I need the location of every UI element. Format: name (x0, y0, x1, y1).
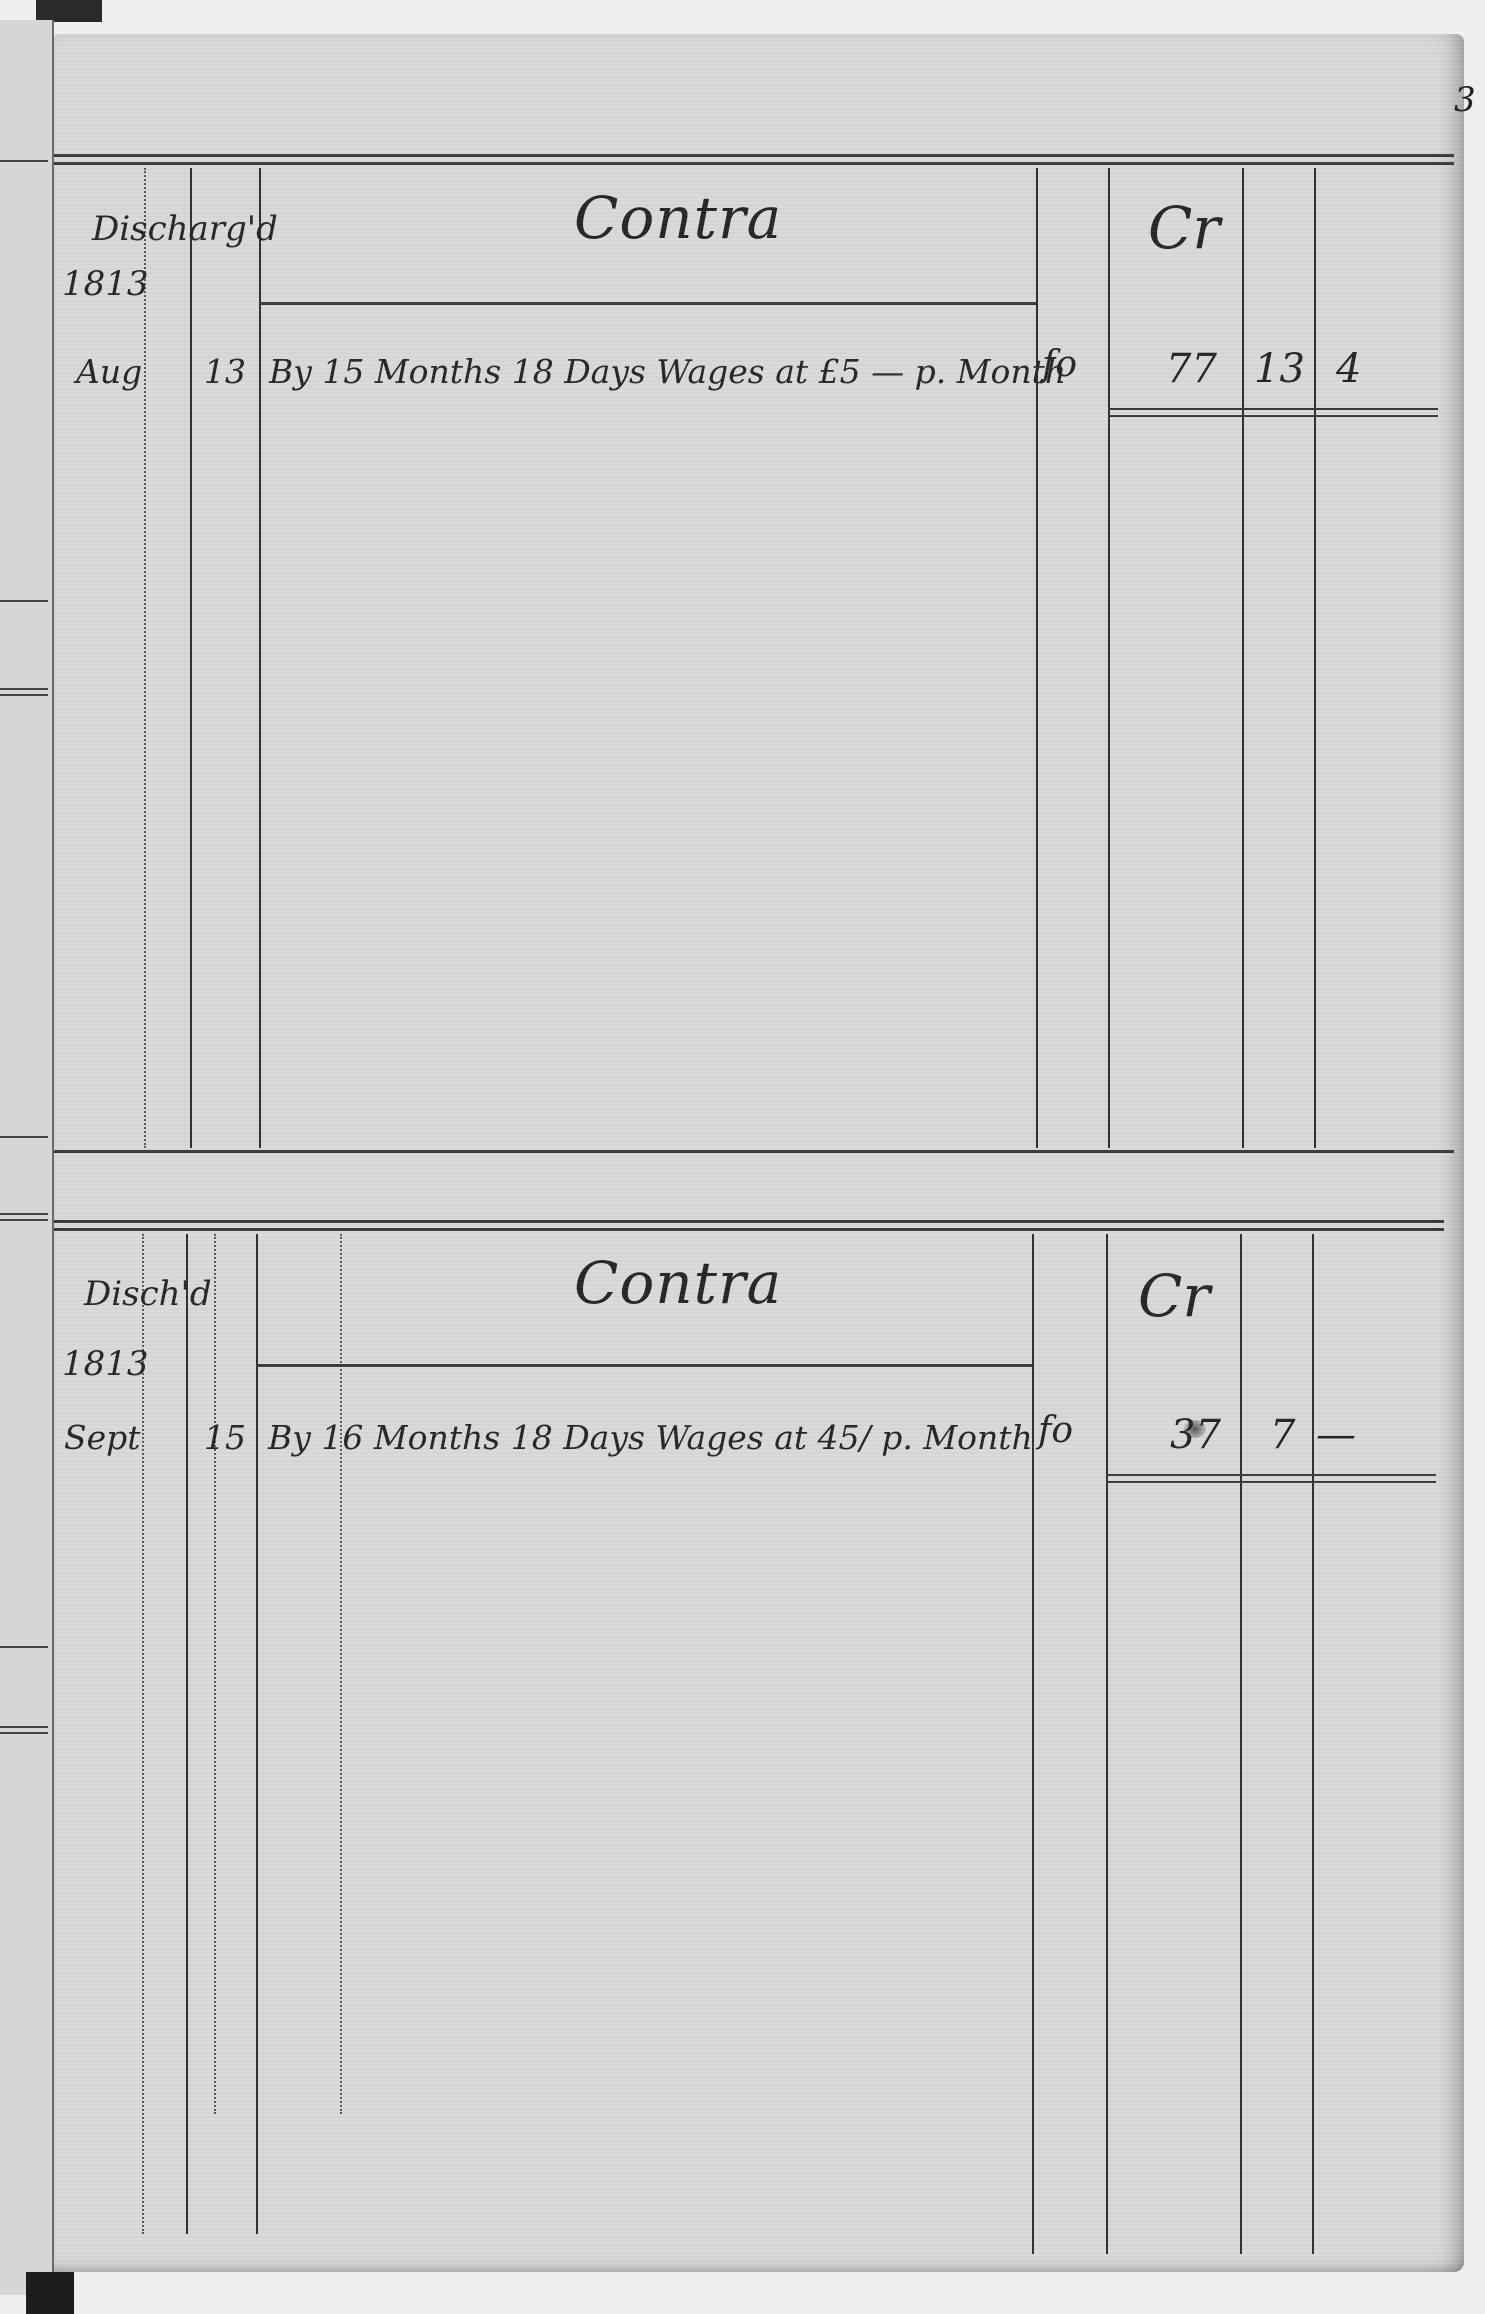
year-label: 1813 (62, 264, 149, 304)
year-label: 1813 (62, 1344, 149, 1384)
column-rule (1108, 168, 1110, 1148)
amount-shillings: 13 (1254, 346, 1305, 392)
folio-label: fo (1038, 1410, 1073, 1451)
double-rule-top (54, 162, 1454, 165)
prev-page-rule (0, 160, 48, 162)
prev-page-rule (0, 1732, 48, 1734)
amount-shillings: 7 (1270, 1412, 1295, 1458)
prev-page-rule (0, 688, 48, 690)
prev-page-rule (0, 1646, 48, 1648)
column-rule (1240, 1234, 1242, 2254)
prev-page-rule (0, 1136, 48, 1138)
column-rule-dotted (144, 168, 146, 1148)
amount-pounds: 37 (1170, 1412, 1221, 1458)
amount-pence: 4 (1336, 346, 1361, 392)
credit-heading: Cr (1148, 194, 1220, 262)
header-rule (259, 302, 1036, 305)
header-rule (256, 1364, 1032, 1367)
page-number: 3 (1454, 80, 1476, 120)
column-rule (1314, 168, 1316, 1148)
entry-day: 15 (204, 1418, 246, 1457)
previous-page-edge (0, 20, 54, 2295)
folio-label: fo (1042, 344, 1077, 385)
column-rule (1242, 168, 1244, 1148)
ledger-page: 3 Discharg'd 1813 Contra Cr Aug 13 By 15… (54, 34, 1464, 2272)
credit-heading: Cr (1138, 1262, 1210, 1330)
entry-day: 13 (204, 352, 246, 391)
column-rule (1106, 1234, 1108, 2254)
column-rule-dotted (142, 1234, 144, 2234)
total-double-rule (1106, 1481, 1436, 1483)
discharge-label: Disch'd (84, 1274, 212, 1314)
column-rule (1032, 1234, 1034, 2254)
prev-page-rule (0, 600, 48, 602)
column-rule (190, 168, 192, 1148)
double-rule-top (54, 154, 1454, 157)
column-rule (256, 1234, 258, 2234)
prev-page-rule (0, 1219, 48, 1221)
entry-description: By 15 Months 18 Days Wages at £5 — p. Mo… (269, 352, 1066, 391)
contra-heading: Contra (574, 1249, 782, 1317)
column-rule (259, 168, 261, 1148)
total-double-rule (1108, 415, 1438, 417)
column-rule-dotted (214, 1234, 216, 2114)
entry-description: By 16 Months 18 Days Wages at 45/ p. Mon… (268, 1418, 1033, 1457)
column-rule (186, 1234, 188, 2234)
amount-pence: — (1316, 1412, 1356, 1458)
discharge-label: Discharg'd (92, 209, 278, 249)
amount-pounds: 77 (1166, 346, 1217, 392)
total-double-rule (1108, 408, 1438, 410)
prev-page-rule (0, 1213, 48, 1215)
prev-page-rule (0, 694, 48, 696)
binding-strip-top (36, 0, 102, 22)
total-double-rule (1106, 1474, 1436, 1476)
binding-strip-bottom (26, 2272, 74, 2314)
column-rule (1312, 1234, 1314, 2254)
double-rule-top (54, 1220, 1444, 1223)
double-rule-top (54, 1228, 1444, 1231)
prev-page-rule (0, 1726, 48, 1728)
contra-heading: Contra (574, 184, 782, 252)
column-rule (1036, 168, 1038, 1148)
entry-month: Aug (76, 352, 142, 391)
entry-month: Sept (64, 1418, 141, 1457)
block-bottom-rule (54, 1150, 1454, 1153)
